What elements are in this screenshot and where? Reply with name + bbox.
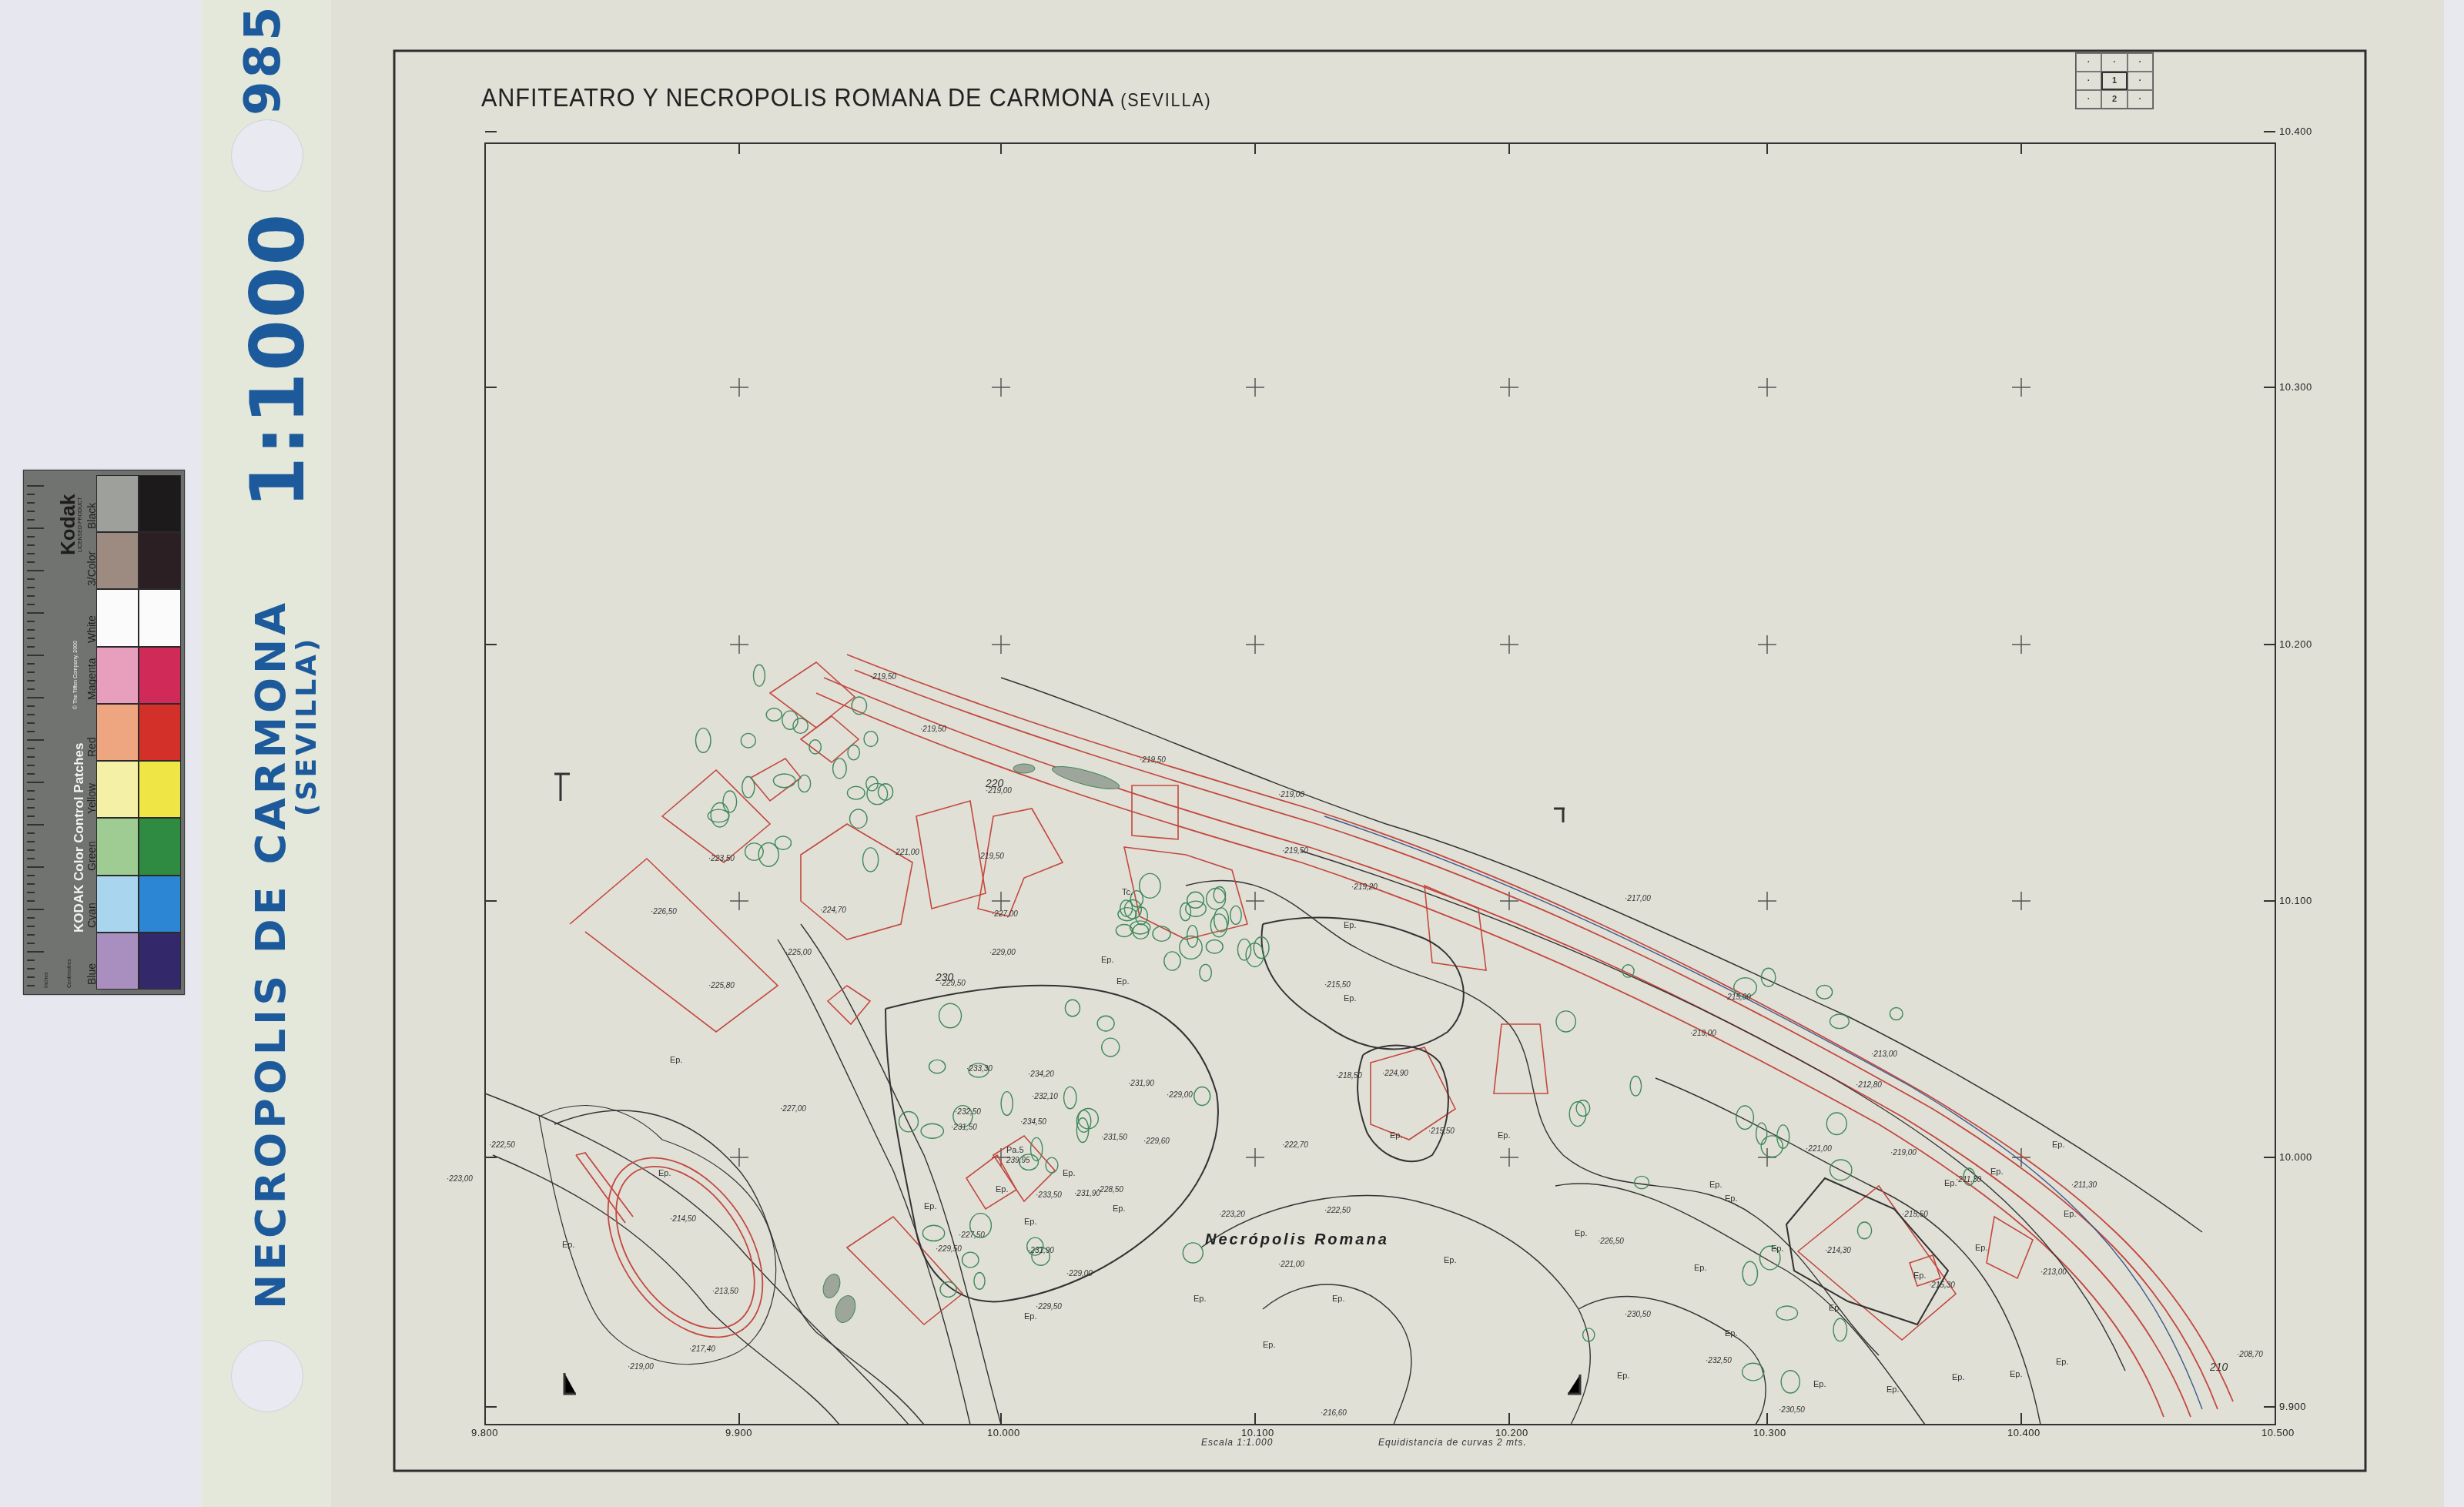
axis-label-northing: 10.300 bbox=[2279, 381, 2312, 393]
map-label-ep: Ep. bbox=[1575, 1229, 1588, 1238]
spot-elevation: ·217,00 bbox=[1625, 895, 1651, 903]
map-label-ep: Ep. bbox=[1813, 1380, 1826, 1389]
axis-label-easting: 9.900 bbox=[725, 1427, 752, 1438]
map-label-ep: Ep. bbox=[1390, 1131, 1403, 1140]
map-label-ep: Ep. bbox=[1332, 1294, 1345, 1304]
spot-elevation: ·219,50 bbox=[978, 852, 1004, 861]
spot-elevation: ·224,90 bbox=[1382, 1070, 1408, 1078]
axis-label-northing: 10.200 bbox=[2279, 638, 2312, 650]
spot-elevation: ·219,50 bbox=[1140, 756, 1166, 765]
spot-elevation: ·231,50 bbox=[1101, 1134, 1127, 1142]
site-label-necropolis: Necrópolis Romana bbox=[1205, 1231, 1389, 1248]
axis-label-easting: 10.300 bbox=[1753, 1427, 1786, 1438]
spot-elevation: ·219,00 bbox=[1690, 1030, 1716, 1038]
spot-elevation: ·211,30 bbox=[1956, 1176, 1982, 1184]
spot-elevation: ·218,50 bbox=[1336, 1072, 1362, 1080]
spot-elevation: ·227,00 bbox=[992, 910, 1018, 919]
spot-elevation: ·222,50 bbox=[489, 1141, 515, 1150]
spot-elevation: ·229,00 bbox=[989, 949, 1016, 957]
map-label-ep: Ep. bbox=[1694, 1264, 1707, 1273]
spot-elevation: ·231,90 bbox=[1128, 1080, 1154, 1088]
spot-elevation: ·228,50 bbox=[1097, 1186, 1123, 1194]
spot-elevation: ·227,50 bbox=[959, 1231, 985, 1240]
map-label-tc: Tc. bbox=[1122, 888, 1133, 897]
spot-elevation: ·227,00 bbox=[780, 1105, 806, 1114]
spot-elevation: ·221,00 bbox=[1278, 1261, 1304, 1269]
axis-label-easting: 10.000 bbox=[987, 1427, 1020, 1438]
map-label-ep: Ep. bbox=[1886, 1385, 1900, 1395]
map-label-ep: Ep. bbox=[2052, 1140, 2065, 1150]
spot-elevation: ·208,70 bbox=[2237, 1351, 2263, 1359]
spot-elevation: ·234,50 bbox=[1020, 1118, 1046, 1127]
axis-label-easting: 10.400 bbox=[2007, 1427, 2040, 1438]
axis-label-northing: 10.100 bbox=[2279, 895, 2312, 906]
map-label-pa-elev: 239,95 bbox=[1006, 1157, 1030, 1165]
spot-elevation: ·222,50 bbox=[1324, 1207, 1351, 1215]
sheet-index-cell: · bbox=[2076, 90, 2101, 109]
map-label-ep: Ep. bbox=[658, 1169, 671, 1178]
axis-label-easting: 10.500 bbox=[2261, 1427, 2295, 1438]
road-line bbox=[1324, 816, 2202, 1409]
axis-label-northing: 10.400 bbox=[2279, 126, 2312, 137]
sheet-index-cell: · bbox=[2128, 90, 2153, 109]
map-label-ep: Ep. bbox=[1952, 1373, 1965, 1382]
sheet-index-cell: · bbox=[2128, 72, 2153, 90]
map-label-ep: Ep. bbox=[1444, 1256, 1457, 1265]
sheet-index-cell: · bbox=[2076, 72, 2101, 90]
sheet-index-cell: · bbox=[2128, 53, 2153, 72]
contour-label-220: 220 bbox=[985, 777, 1004, 789]
map-label-ep: Ep. bbox=[670, 1056, 683, 1065]
spot-elevation: ·230,50 bbox=[1625, 1311, 1651, 1319]
spot-elevation: ·233,50 bbox=[1036, 1191, 1062, 1200]
map-label-ep: Ep. bbox=[1116, 977, 1130, 986]
map-label-ep: Ep. bbox=[1024, 1312, 1037, 1321]
topographic-map: ·219,50·219,50·219,50·219,00·219,00·221,… bbox=[0, 0, 2464, 1507]
map-label-ep: Ep. bbox=[1263, 1341, 1276, 1350]
map-label-ep: Ep. bbox=[1193, 1294, 1207, 1304]
sheet-index-cell: · bbox=[2101, 53, 2127, 72]
spot-elevation: ·216,60 bbox=[1321, 1409, 1347, 1418]
spot-elevation: ·213,00 bbox=[2040, 1268, 2067, 1277]
spot-elevation: ·215,50 bbox=[1902, 1211, 1928, 1219]
spot-elevation: ·213,50 bbox=[712, 1288, 738, 1296]
spot-elevation: ·214,30 bbox=[1825, 1247, 1851, 1255]
spot-elevation: ·229,00 bbox=[1167, 1091, 1193, 1100]
map-label-ep: Ep. bbox=[1617, 1371, 1630, 1381]
spot-elevation: ·211,30 bbox=[2071, 1181, 2097, 1190]
map-label-ep: Ep. bbox=[1113, 1204, 1126, 1214]
map-label-ep: Ep. bbox=[1498, 1131, 1511, 1140]
sheet-index-grid: ····1··2· bbox=[2075, 52, 2154, 109]
vegetation bbox=[695, 665, 1974, 1393]
spot-elevation: ·230,50 bbox=[1779, 1406, 1805, 1415]
spot-elevation: ·233,30 bbox=[966, 1065, 993, 1073]
spot-elevation: ·226,50 bbox=[651, 908, 677, 916]
sheet-border bbox=[394, 51, 2365, 1471]
spot-elevation: ·219,00 bbox=[628, 1363, 654, 1371]
spot-elevation: ·223,20 bbox=[1219, 1211, 1245, 1219]
spot-elevation: ·222,70 bbox=[1282, 1141, 1308, 1150]
sheet-index-cell: 1 bbox=[2101, 72, 2127, 90]
map-label-ep: Ep. bbox=[1725, 1194, 1738, 1204]
map-label-ep: Ep. bbox=[1944, 1179, 1957, 1188]
spot-elevation: ·215,00 bbox=[1725, 993, 1751, 1002]
map-label-ep: Ep. bbox=[1024, 1217, 1037, 1227]
map-title-text: ANFITEATRO Y NECROPOLIS ROMANA DE CARMON… bbox=[481, 83, 1113, 112]
map-label-ep: Ep. bbox=[1344, 921, 1357, 930]
spot-elevation: ·212,80 bbox=[1856, 1081, 1882, 1090]
spot-elevation: ·215,50 bbox=[1324, 981, 1351, 990]
spot-elevation: ·223,00 bbox=[447, 1175, 473, 1184]
map-label-pa: Pa.5 bbox=[1006, 1146, 1024, 1155]
amphitheater bbox=[576, 1129, 795, 1365]
map-title-region: (SEVILLA) bbox=[1120, 90, 1211, 111]
spot-elevation: ·231,50 bbox=[951, 1124, 977, 1132]
spot-elevation: ·223,50 bbox=[708, 855, 735, 863]
spot-elevation: ·219,50 bbox=[870, 673, 896, 681]
spot-elevation: ·232,10 bbox=[1032, 1093, 1058, 1101]
map-label-ep: Ep. bbox=[1829, 1304, 1842, 1313]
spot-elevation: ·226,50 bbox=[1598, 1237, 1624, 1246]
sheet-index-cell: · bbox=[2076, 53, 2101, 72]
axis-label-easting: 9.800 bbox=[471, 1427, 498, 1438]
spot-elevation: ·215,50 bbox=[1428, 1127, 1455, 1136]
contour-interval-caption: Equidistancia de curvas 2 mts. bbox=[1378, 1437, 1527, 1448]
map-label-ep: Ep. bbox=[924, 1202, 937, 1211]
spot-elevation: ·224,70 bbox=[820, 906, 846, 915]
spot-elevation: ·229,00 bbox=[1066, 1270, 1093, 1278]
spot-elevation: ·232,50 bbox=[955, 1108, 981, 1117]
map-label-ep: Ep. bbox=[1344, 994, 1357, 1003]
spot-elevation: ·217,40 bbox=[689, 1345, 715, 1354]
spot-elevation: ·215,30 bbox=[1929, 1281, 1955, 1290]
contour-label-230: 230 bbox=[935, 971, 954, 983]
spot-elevation: ·225,00 bbox=[785, 949, 812, 957]
map-label-ep: Ep. bbox=[1990, 1167, 2004, 1177]
scale-caption: Escala 1:1.000 bbox=[1201, 1437, 1273, 1448]
spot-elevation: ·229,50 bbox=[936, 1245, 962, 1254]
spot-elevation: ·229,60 bbox=[1143, 1137, 1170, 1146]
spot-elevation: ·219,00 bbox=[1278, 791, 1304, 799]
map-label-ep: Ep. bbox=[996, 1185, 1009, 1194]
map-label-ep: Ep. bbox=[1725, 1329, 1738, 1338]
map-label-ep: Ep. bbox=[1101, 956, 1114, 965]
spot-elevation: ·225,80 bbox=[708, 982, 735, 990]
map-label-ep: Ep. bbox=[1063, 1169, 1076, 1178]
map-label-ep: Ep. bbox=[1975, 1244, 1988, 1253]
map-label-ep: Ep. bbox=[1913, 1271, 1927, 1281]
spot-elevation: ·221,00 bbox=[1806, 1145, 1832, 1154]
map-label-ep: Ep. bbox=[1709, 1180, 1722, 1190]
contour-label-210: 210 bbox=[2209, 1361, 2228, 1373]
spot-elevation: ·234,20 bbox=[1028, 1070, 1054, 1079]
map-label-ep: Ep. bbox=[2056, 1358, 2069, 1367]
spot-elevation: ·219,50 bbox=[920, 725, 946, 734]
map-label-ep: Ep. bbox=[2064, 1210, 2077, 1219]
spot-elevation: ·219,20 bbox=[1351, 883, 1378, 892]
spot-elevation: ·219,50 bbox=[1282, 847, 1308, 856]
axis-label-northing: 9.900 bbox=[2279, 1401, 2306, 1412]
vegetation-patches bbox=[820, 762, 1121, 1325]
sheet-index-cell: 2 bbox=[2101, 90, 2127, 109]
axis-label-northing: 10.000 bbox=[2279, 1151, 2312, 1163]
spot-elevation: ·221,00 bbox=[893, 849, 919, 857]
spot-elevation: ·231,90 bbox=[1028, 1247, 1054, 1255]
map-label-ep: Ep. bbox=[2010, 1370, 2023, 1379]
spot-elevation: ·219,00 bbox=[1890, 1149, 1917, 1157]
benchmark-symbols bbox=[554, 774, 1580, 1394]
spot-elevation: ·229,50 bbox=[1036, 1303, 1062, 1311]
spot-elevation: ·214,50 bbox=[670, 1215, 696, 1224]
map-title: ANFITEATRO Y NECROPOLIS ROMANA DE CARMON… bbox=[481, 83, 1211, 113]
map-label-ep: Ep. bbox=[1771, 1244, 1784, 1254]
spot-elevation: ·213,00 bbox=[1871, 1050, 1897, 1059]
spot-elevation: ·232,50 bbox=[1706, 1357, 1732, 1365]
map-label-ep: Ep. bbox=[562, 1241, 575, 1250]
